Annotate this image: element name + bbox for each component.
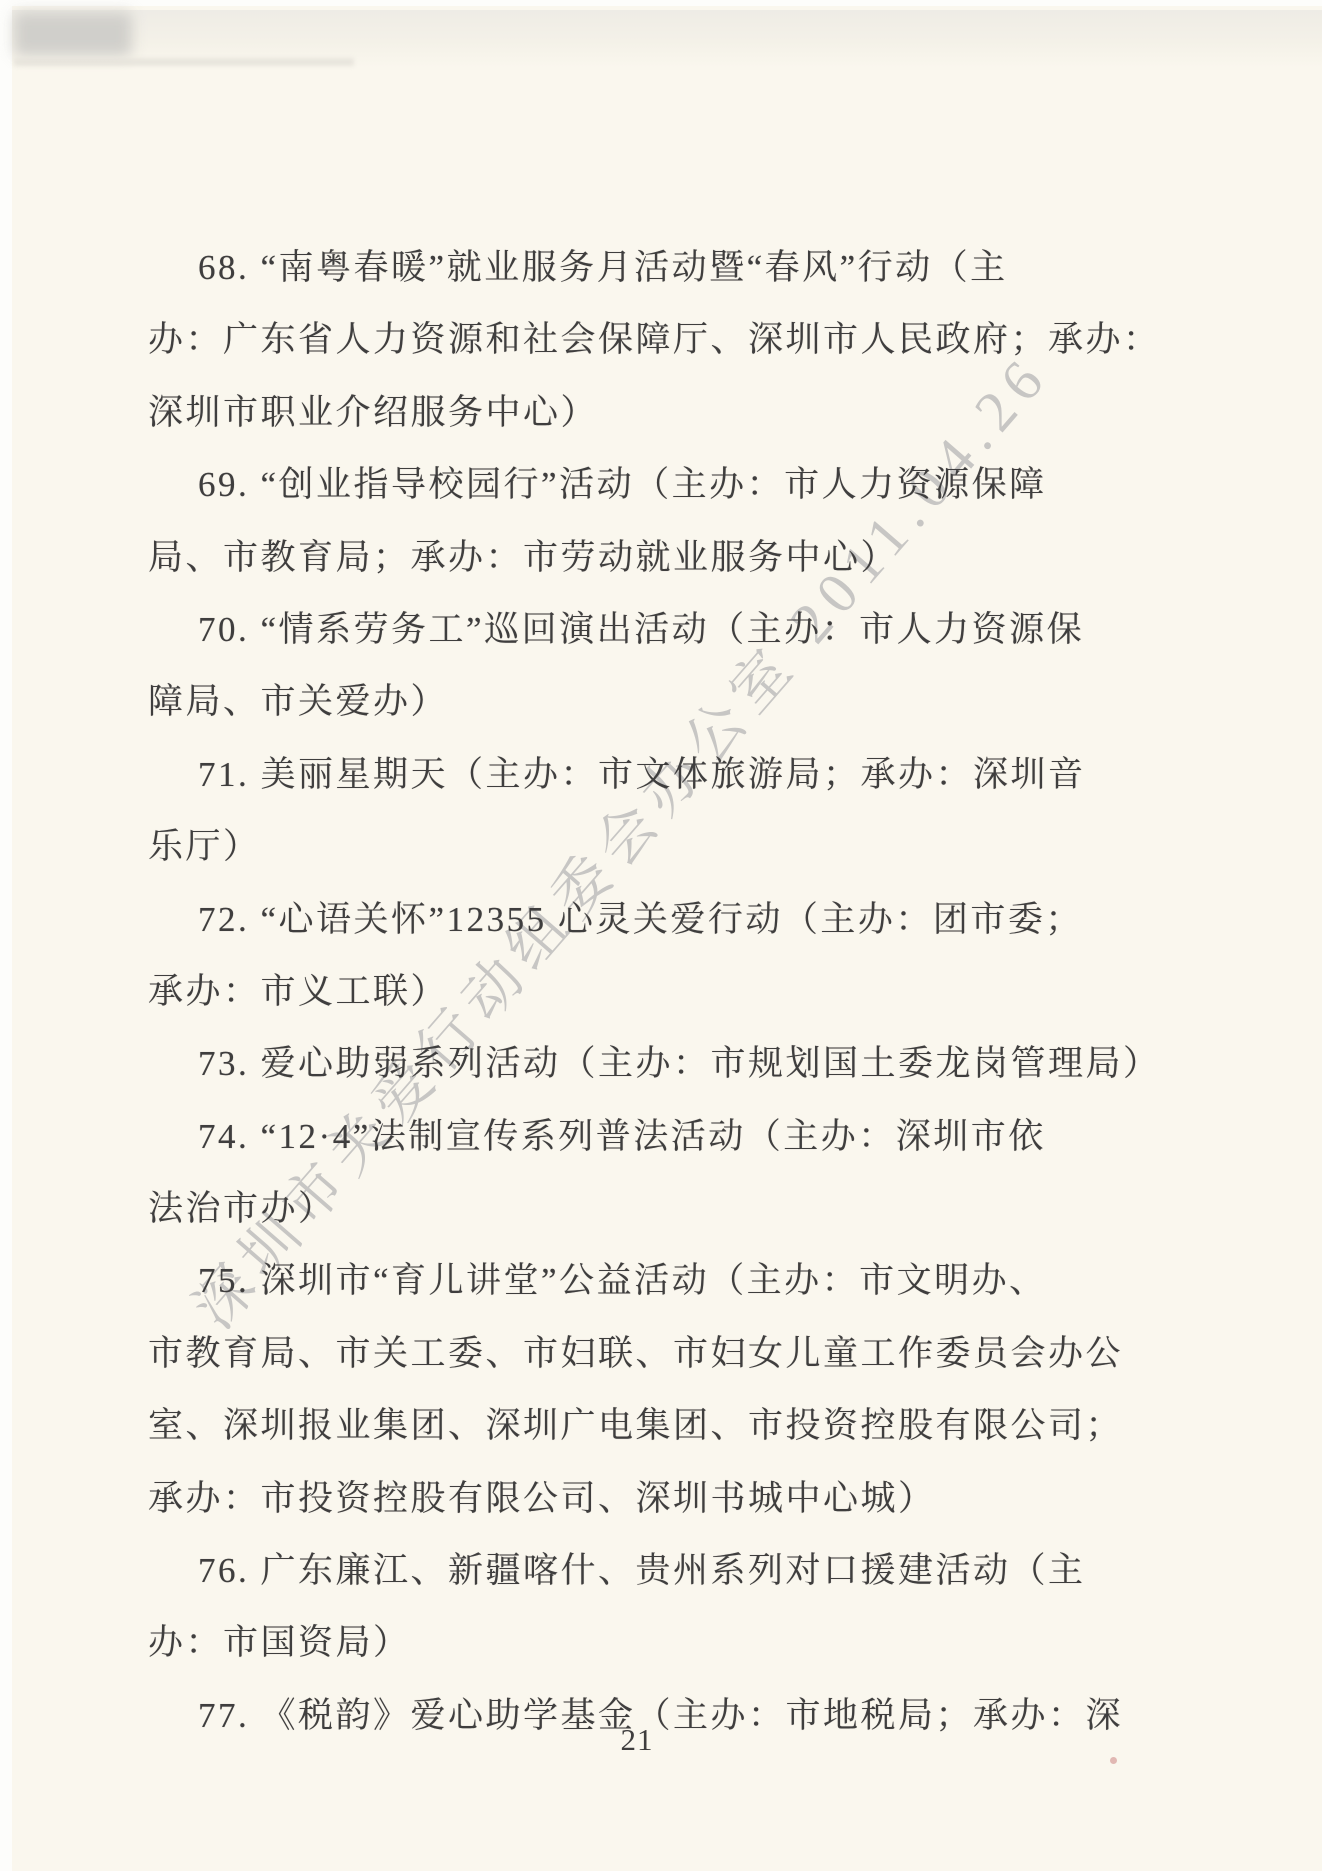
list-item-71: 71. 美丽星期天（主办：市文体旅游局；承办：深圳音 乐厅） [148,739,1208,884]
list-item-76: 76. 广东廉江、新疆喀什、贵州系列对口援建活动（主 办：市国资局） [148,1535,1208,1680]
document-body: 68. “南粤春暖”就业服务月活动暨“春风”行动（主 办：广东省人力资源和社会保… [148,232,1208,1752]
list-item-72: 72. “心语关怀”12355 心灵关爱行动（主办：团市委； 承办：市义工联） [148,884,1208,1029]
list-item-75: 75. 深圳市“育儿讲堂”公益活动（主办：市文明办、 市教育局、市关工委、市妇联… [148,1245,1208,1535]
scan-artifact-strip [14,58,354,66]
scan-speck [1110,1757,1117,1764]
list-item-69: 69. “创业指导校园行”活动（主办：市人力资源保障 局、市教育局；承办：市劳动… [148,449,1208,594]
text-line: 室、深圳报业集团、深圳广电集团、市投资控股有限公司； [148,1390,1208,1462]
scan-artifact-corner-shadow [14,12,132,56]
text-line: 74. “12·4”法制宣传系列普法活动（主办：深圳市依 [148,1101,1208,1173]
page-number: 21 [12,1722,1262,1758]
list-item-70: 70. “情系劳务工”巡回演出活动（主办：市人力资源保 障局、市关爱办） [148,594,1208,739]
list-item-73: 73. 爱心助弱系列活动（主办：市规划国土委龙岗管理局） [148,1028,1208,1100]
scanned-page: 深圳市关爱行动组委会办公室 2011.04.26 68. “南粤春暖”就业服务月… [12,6,1322,1871]
text-line: 办：广东省人力资源和社会保障厅、深圳市人民政府；承办： [148,304,1208,376]
text-line: 承办：市投资控股有限公司、深圳书城中心城） [148,1463,1208,1535]
text-line: 71. 美丽星期天（主办：市文体旅游局；承办：深圳音 [148,739,1208,811]
text-line: 市教育局、市关工委、市妇联、市妇女儿童工作委员会办公 [148,1318,1208,1390]
text-line: 深圳市职业介绍服务中心） [148,377,1208,449]
text-line: 69. “创业指导校园行”活动（主办：市人力资源保障 [148,449,1208,521]
text-line: 局、市教育局；承办：市劳动就业服务中心） [148,522,1208,594]
text-line: 68. “南粤春暖”就业服务月活动暨“春风”行动（主 [148,232,1208,304]
text-line: 73. 爱心助弱系列活动（主办：市规划国土委龙岗管理局） [148,1028,1208,1100]
text-line: 72. “心语关怀”12355 心灵关爱行动（主办：团市委； [148,884,1208,956]
text-line: 办：市国资局） [148,1607,1208,1679]
text-line: 障局、市关爱办） [148,666,1208,738]
text-line: 乐厅） [148,811,1208,883]
text-line: 承办：市义工联） [148,956,1208,1028]
list-item-74: 74. “12·4”法制宣传系列普法活动（主办：深圳市依 法治市办） [148,1101,1208,1246]
text-line: 法治市办） [148,1173,1208,1245]
list-item-68: 68. “南粤春暖”就业服务月活动暨“春风”行动（主 办：广东省人力资源和社会保… [148,232,1208,449]
text-line: 70. “情系劳务工”巡回演出活动（主办：市人力资源保 [148,594,1208,666]
text-line: 76. 广东廉江、新疆喀什、贵州系列对口援建活动（主 [148,1535,1208,1607]
text-line: 75. 深圳市“育儿讲堂”公益活动（主办：市文明办、 [148,1245,1208,1317]
